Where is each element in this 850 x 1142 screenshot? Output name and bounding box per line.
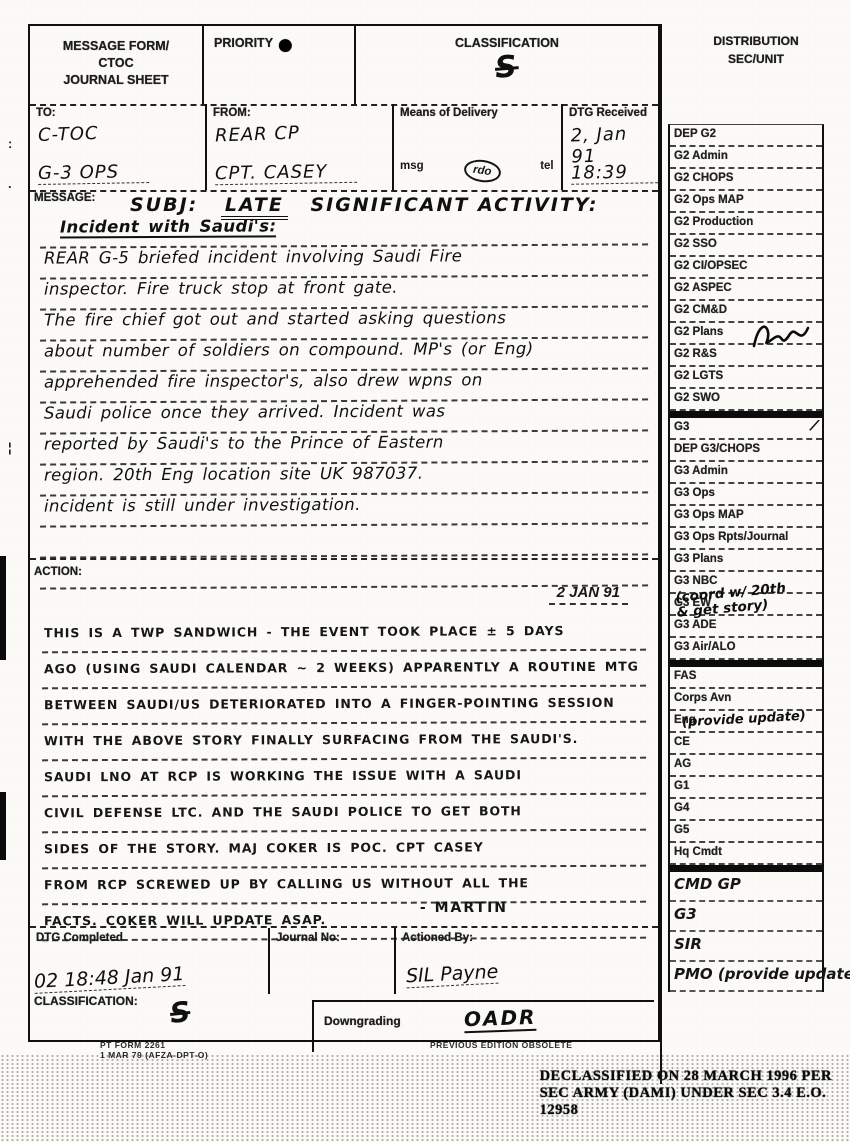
- distribution-title-line: SEC/UNIT: [662, 50, 850, 68]
- message-body-line: REAR G-5 briefed incident involving Saud…: [40, 245, 648, 279]
- journal-no-cell: Journal No:: [270, 928, 396, 994]
- action-body-line: SIDES OF THE STORY. MAJ COKER IS POC. CP…: [42, 831, 646, 870]
- message-form: MESSAGE FORM/CTOCJOURNAL SHEET PRIORITY …: [28, 24, 660, 1042]
- subject-prefix: SUBJ:: [130, 194, 198, 216]
- to-label: TO:: [36, 107, 56, 119]
- blank-rule-line: [40, 524, 648, 558]
- priority-filled-circle-icon: ●: [276, 38, 294, 52]
- distribution-staff-group: FASCorps AvnEngCEAGG1G4G5Hq Cmdt: [670, 667, 822, 865]
- declass-line-2: SEC ARMY (DAMI) UNDER SEC 3.4 E.O.: [540, 1085, 832, 1102]
- distribution-row: G2 Ops MAP: [670, 191, 822, 213]
- scan-artifact-mark: :: [8, 136, 12, 151]
- distribution-row: Hq Cmdt: [670, 843, 822, 865]
- message-heading-line: Incident with Saudi's:: [40, 214, 648, 248]
- actioned-by-cell: Actioned By: SIL Payne: [396, 928, 658, 994]
- message-body-line: region. 20th Eng location site UK 987037…: [40, 462, 648, 496]
- action-signature: - MARTIN: [420, 900, 508, 916]
- bottom-classification-s: S: [168, 995, 192, 1030]
- form-title-line: CTOC: [30, 55, 202, 72]
- form-title: MESSAGE FORM/CTOCJOURNAL SHEET: [30, 26, 204, 104]
- distribution-handwritten-row: PMO (provide update): [670, 962, 822, 992]
- distribution-row: G2 SSO: [670, 235, 822, 257]
- scan-artifact-mark: ¦: [8, 440, 12, 455]
- distribution-title: DISTRIBUTIONSEC/UNIT: [662, 24, 850, 68]
- from-cell: FROM: REAR CP CPT. CASEY: [207, 104, 394, 190]
- message-body-line: incident is still under investigation.: [40, 493, 648, 527]
- action-date: 2 JAN 91: [549, 584, 628, 605]
- obsolete-note: PREVIOUS EDITION OBSOLETE: [430, 1040, 572, 1050]
- message-body-line: about number of soldiers on compound. MP…: [40, 338, 648, 372]
- distribution-row: AG: [670, 755, 822, 777]
- classification-cell: CLASSIFICATION S: [356, 26, 658, 104]
- to-value-1: C-TOC: [38, 123, 99, 146]
- action-body-line: THIS IS A TWP SANDWICH - THE EVENT TOOK …: [42, 615, 646, 654]
- action-label: ACTION:: [34, 566, 82, 578]
- distribution-row: G2 LGTS: [670, 367, 822, 389]
- message-body-line: reported by Saudi's to the Prince of Eas…: [40, 431, 648, 465]
- distribution-g3-group: G3DEP G3/CHOPSG3 AdminG3 OpsG3 Ops MAPG3…: [670, 418, 822, 660]
- scan-artifact-bar: [0, 792, 6, 860]
- to-value-2: G-3 OPS: [38, 161, 149, 185]
- distribution-row: CE: [670, 733, 822, 755]
- message-body: REAR G-5 briefed incident involving Saud…: [40, 247, 648, 526]
- dtg-completed-cell: DTG Completed 02 18:48 Jan 91: [30, 928, 270, 994]
- form-title-line: MESSAGE FORM/: [30, 38, 202, 55]
- actioned-by-value: SIL Payne: [405, 961, 498, 989]
- routing-row: TO: C-TOC G-3 OPS FROM: REAR CP CPT. CAS…: [30, 104, 658, 192]
- action-body-line: WITH THE ABOVE STORY FINALLY SURFACING F…: [42, 723, 646, 762]
- distribution-row: G5: [670, 821, 822, 843]
- distribution-row: FAS: [670, 667, 822, 689]
- action-body-line: SAUDI LNO AT RCP IS WORKING THE ISSUE WI…: [42, 759, 646, 798]
- from-label: FROM:: [213, 107, 251, 119]
- delivery-option-msg: msg: [400, 160, 424, 182]
- distribution-row: G3 Ops: [670, 484, 822, 506]
- from-value-2: CPT. CASEY: [215, 161, 358, 185]
- message-body-line: Saudi police once they arrived. Incident…: [40, 400, 648, 434]
- distribution-row: G2 CI/OPSEC: [670, 257, 822, 279]
- distribution-row: DEP G3/CHOPS: [670, 440, 822, 462]
- message-body-line: The fire chief got out and started askin…: [40, 307, 648, 341]
- completion-row: DTG Completed 02 18:48 Jan 91 Journal No…: [30, 926, 658, 994]
- distribution-handwritten-row: G3: [670, 902, 822, 932]
- distribution-row: G3 Air/ALO: [670, 638, 822, 660]
- declass-line-3: 12958: [540, 1102, 832, 1119]
- action-body: THIS IS A TWP SANDWICH - THE EVENT TOOK …: [42, 616, 646, 940]
- distribution-handwritten-row: CMD GP: [670, 872, 822, 902]
- form-title-line: JOURNAL SHEET: [30, 72, 202, 89]
- scanned-ctoc-journal-sheet: MESSAGE FORM/CTOCJOURNAL SHEET PRIORITY …: [0, 0, 850, 1142]
- downgrading-label: Downgrading: [324, 1014, 401, 1028]
- downgrading-value: OADR: [464, 1005, 537, 1034]
- form-header-row: MESSAGE FORM/CTOCJOURNAL SHEET PRIORITY …: [30, 26, 658, 106]
- distribution-row: DEP G2: [670, 125, 822, 147]
- action-section: ACTION: 2 JAN 91 THIS IS A TWP SANDWICH …: [30, 558, 658, 926]
- distribution-row: G2 ASPEC: [670, 279, 822, 301]
- dtg-received-label: DTG Received: [569, 107, 647, 119]
- message-body-line: apprehended fire inspector's, also drew …: [40, 369, 648, 403]
- priority-label: PRIORITY: [214, 36, 273, 50]
- distribution-row: G2 Production: [670, 213, 822, 235]
- distribution-row: G4: [670, 799, 822, 821]
- classification-label: CLASSIFICATION: [356, 36, 658, 50]
- distribution-g2-group: DEP G2G2 AdminG2 CHOPSG2 Ops MAPG2 Produ…: [670, 125, 822, 411]
- delivery-option-rdo-circled: rdo: [462, 158, 501, 185]
- dtg-received-time: 18:39: [571, 161, 658, 185]
- distribution-list: DEP G2G2 AdminG2 CHOPSG2 Ops MAPG2 Produ…: [668, 124, 824, 992]
- delivery-option-tel: tel: [540, 160, 553, 182]
- message-body-line: inspector. Fire truck stop at front gate…: [40, 276, 648, 310]
- scan-artifact-mark: .: [8, 176, 12, 191]
- message-heading: Incident with Saudi's:: [60, 216, 277, 238]
- action-body-line: BETWEEN SAUDI/US DETERIORATED INTO A FIN…: [42, 687, 646, 726]
- scan-artifact-bar: [0, 556, 6, 660]
- means-of-delivery-label: Means of Delivery: [400, 107, 498, 119]
- distribution-row: G2 SWO: [670, 389, 822, 411]
- message-label: MESSAGE:: [34, 192, 95, 204]
- priority-cell: PRIORITY ●: [204, 26, 356, 104]
- message-subject-line: SUBJ: LATE SIGNIFICANT ACTIVITY:: [130, 194, 648, 216]
- distribution-row: G3 Ops MAP: [670, 506, 822, 528]
- distribution-row: G3 Ops Rpts/Journal: [670, 528, 822, 550]
- distribution-handwritten-row: SIR: [670, 932, 822, 962]
- from-value-1: REAR CP: [215, 123, 301, 147]
- distribution-row: G2 Admin: [670, 147, 822, 169]
- dtg-received-cell: DTG Received 2, Jan 91 18:39: [563, 104, 658, 190]
- distribution-divider: [670, 660, 822, 667]
- to-cell: TO: C-TOC G-3 OPS: [30, 104, 207, 190]
- journal-no-label: Journal No:: [276, 932, 340, 944]
- distribution-row: G3: [670, 418, 822, 440]
- distribution-row: G3 Admin: [670, 462, 822, 484]
- actioned-by-label: Actioned By:: [402, 932, 473, 944]
- distribution-divider: [670, 865, 822, 872]
- distribution-row: G2 CHOPS: [670, 169, 822, 191]
- action-body-line: FROM RCP SCREWED UP BY CALLING US WITHOU…: [42, 867, 646, 906]
- distribution-divider: [670, 411, 822, 418]
- dtg-completed-value: 02 18:48 Jan 91: [34, 963, 186, 994]
- means-of-delivery-cell: Means of Delivery msg rdo tel: [394, 104, 563, 190]
- distribution-handwritten-group: CMD GPG3SIRPMO (provide update): [670, 872, 822, 992]
- bottom-classification-label: CLASSIFICATION:: [34, 994, 138, 1008]
- action-body-line: CIVIL DEFENSE LTC. AND THE SAUDI POLICE …: [42, 795, 646, 834]
- action-body-line: AGO (USING SAUDI CALENDAR ~ 2 WEEKS) APP…: [42, 651, 646, 690]
- handwritten-initials-scribble: [750, 320, 812, 358]
- distribution-title-line: DISTRIBUTION: [662, 32, 850, 50]
- bottom-classification-row: CLASSIFICATION: S Downgrading OADR: [30, 992, 658, 1038]
- subject-rest: SIGNIFICANT ACTIVITY:: [310, 194, 598, 216]
- distribution-row: G3 Plans: [670, 550, 822, 572]
- distribution-row: G1: [670, 777, 822, 799]
- delivery-options: msg rdo tel: [400, 160, 554, 182]
- form-id-line-1: PT FORM 2261: [100, 1040, 660, 1050]
- scribble-icon: [750, 320, 812, 354]
- distribution-row: Corps Avn: [670, 689, 822, 711]
- message-section: MESSAGE: SUBJ: LATE SIGNIFICANT ACTIVITY…: [30, 190, 658, 558]
- classification-handwritten-s: S: [478, 48, 536, 87]
- dtg-completed-label: DTG Completed: [36, 932, 123, 944]
- distribution-column: DISTRIBUTIONSEC/UNIT DEP G2G2 AdminG2 CH…: [660, 24, 850, 1084]
